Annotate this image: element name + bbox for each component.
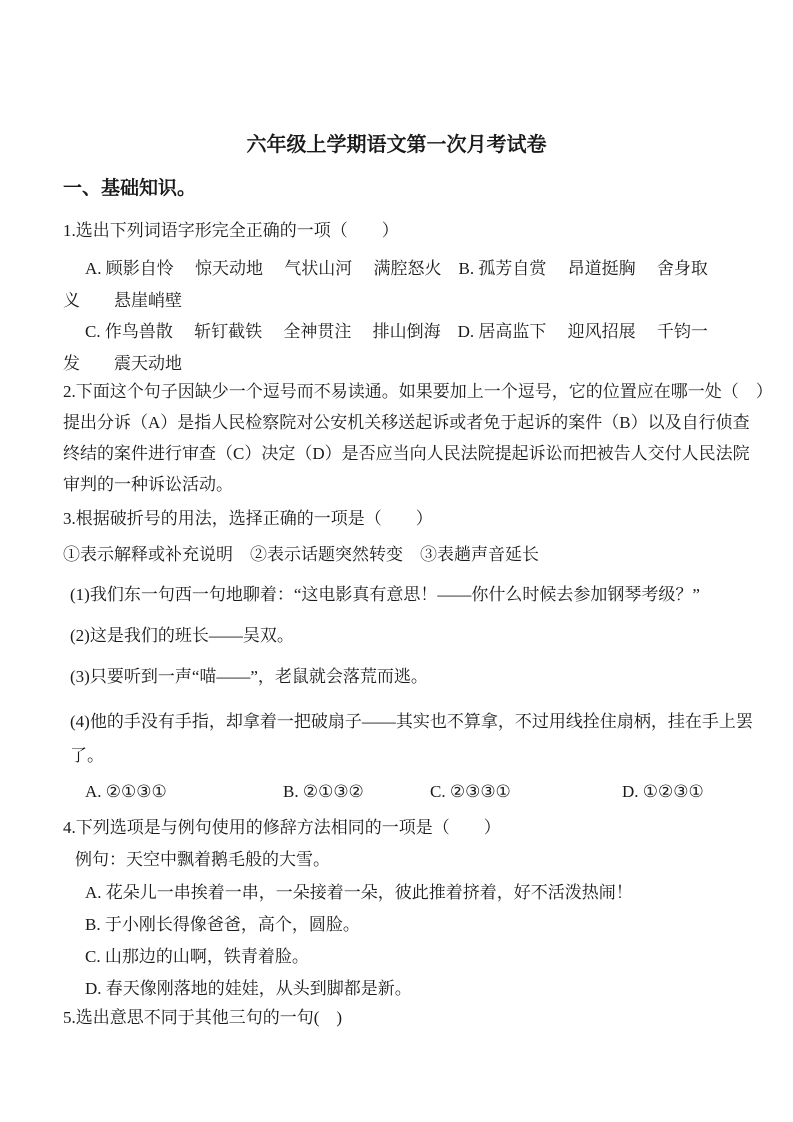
q4-option-a: A. 花朵儿一串挨着一串，一朵接着一朵，彼此推着挤着，好不活泼热闹！ bbox=[85, 881, 633, 905]
q3-item-4-line1: (4)他的手没有手指，却拿着一把破扇子——其实也不算拿，不过用线拴住扇柄，挂在手… bbox=[70, 710, 753, 734]
q2-stem: 2.下面这个句子因缺少一个逗号而不易读通。如果要加上一个逗号，它的位置应在哪一处… bbox=[63, 380, 773, 404]
q3-answer-option-b: B. ②①③② bbox=[283, 780, 364, 804]
q4-stem: 4.下列选项是与例句使用的修辞方法相同的一项是（ ） bbox=[63, 816, 501, 840]
q3-answer-option-c: C. ②③③① bbox=[430, 780, 511, 804]
q4-example-sentence: 例句：天空中飘着鹅毛般的大雪。 bbox=[75, 848, 330, 872]
q3-item-4-line2: 了。 bbox=[70, 744, 104, 768]
q4-option-b: B. 于小刚长得像爸爸，高个，圆脸。 bbox=[85, 913, 360, 937]
q5-stem: 5.选出意思不同于其他三句的一句( ) bbox=[63, 1006, 342, 1030]
q4-option-d: D. 春天像刚落地的娃娃，从头到脚都是新。 bbox=[85, 977, 412, 1001]
page-title: 六年级上学期语文第一次月考试卷 bbox=[0, 128, 793, 157]
q3-dash-usage-legend: ①表示解释或补充说明 ②表示话题突然转变 ③表趟声音延长 bbox=[63, 543, 539, 567]
q2-text-line4: 审判的一种诉讼活动。 bbox=[63, 473, 233, 497]
q4-option-c: C. 山那边的山啊，铁青着脸。 bbox=[85, 945, 309, 969]
exam-paper-page: 六年级上学期语文第一次月考试卷 一、基础知识。 1.选出下列词语字形完全正确的一… bbox=[0, 0, 793, 1122]
q1-options-cd-continuation: 发 震天动地 bbox=[63, 352, 182, 376]
q3-item-1: (1)我们东一句西一句地聊着：“这电影真有意思！——你什么时候去参加钢琴考级？” bbox=[70, 583, 700, 607]
q1-options-ab-continuation: 义 悬崖峭壁 bbox=[63, 289, 182, 313]
q2-text-line3: 终结的案件进行审查（C）决定（D）是否应当向人民法院提起诉讼而把被告人交付人民法… bbox=[63, 442, 750, 466]
q3-item-3: (3)只要听到一声“喵——”，老鼠就会落荒而逃。 bbox=[70, 665, 428, 689]
q1-options-cd: C. 作鸟兽散 斩钉截铁 全神贯注 排山倒海 D. 居高监下 迎风招展 千钧一 bbox=[85, 320, 708, 344]
q1-stem: 1.选出下列词语字形完全正确的一项（ ） bbox=[63, 219, 399, 243]
q1-options-ab: A. 顾影自怜 惊天动地 气状山河 满腔怒火 B. 孤芳自赏 昂道挺胸 舍身取 bbox=[85, 257, 708, 281]
q3-answer-option-a: A. ②①③① bbox=[85, 780, 167, 804]
q2-text-line2: 提出分诉（A）是指人民检察院对公安机关移送起诉或者免于起诉的案件（B）以及自行侦… bbox=[63, 411, 750, 435]
q3-answer-option-d: D. ①②③① bbox=[622, 780, 704, 804]
q3-item-2: (2)这是我们的班长——吴双。 bbox=[70, 624, 294, 648]
q3-stem: 3.根据破折号的用法，选择正确的一项是（ ） bbox=[63, 507, 433, 531]
section-heading: 一、基础知识。 bbox=[63, 177, 196, 201]
